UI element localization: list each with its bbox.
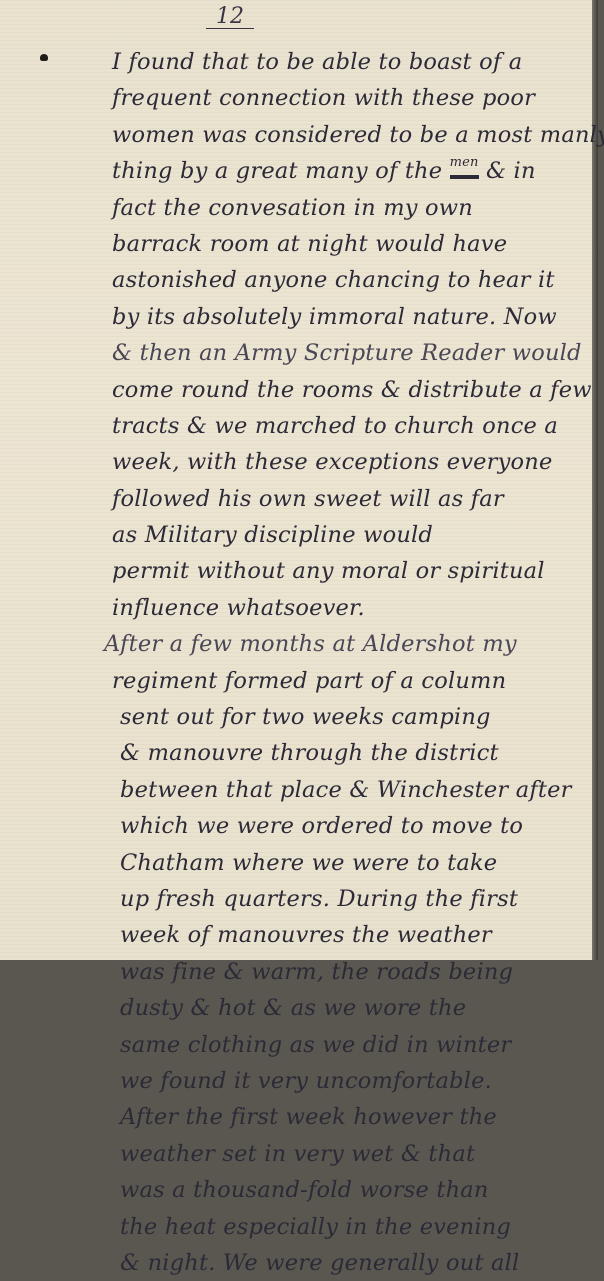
text-line: week, with these exceptions everyone: [112, 444, 578, 480]
text-line: which we were ordered to move to: [120, 808, 578, 844]
text-line: barrack room at night would have: [112, 226, 578, 262]
text-line: & then an Army Scripture Reader would: [112, 335, 578, 371]
text-fragment: thing by a great many of the: [112, 158, 450, 184]
text-line: tracts & we marched to church once a: [112, 408, 578, 444]
text-line: was fine & warm, the roads being: [120, 954, 578, 960]
handwritten-body: I found that to be able to boast of a fr…: [108, 44, 578, 960]
text-line: permit without any moral or spiritual: [112, 553, 578, 589]
text-fragment: & in: [479, 158, 536, 184]
ink-blot-mark: [40, 54, 48, 61]
struck-word: men: [450, 153, 479, 193]
text-line: frequent connection with these poor: [112, 80, 578, 116]
text-line: up fresh quarters. During the first: [120, 881, 578, 917]
text-line: I found that to be able to boast of a: [112, 44, 578, 80]
text-line: week of manouvres the weather: [120, 917, 578, 953]
page-number: 12: [0, 4, 460, 29]
text-line: between that place & Winchester after: [120, 772, 578, 808]
text-line: After a few months at Aldershot my: [104, 626, 578, 662]
text-line: astonished anyone chancing to hear it: [112, 262, 578, 298]
text-line: as Military discipline would: [112, 517, 578, 553]
text-line: fact the convesation in my own: [112, 190, 578, 226]
text-line: Chatham where we were to take: [120, 845, 578, 881]
inserted-word: men: [450, 155, 479, 170]
text-line: come round the rooms & distribute a few: [112, 372, 578, 408]
text-line: regiment formed part of a column: [112, 663, 578, 699]
text-line: sent out for two weeks camping: [120, 699, 578, 735]
page-number-text: 12: [206, 6, 254, 29]
text-line: influence whatsoever.: [112, 590, 578, 626]
manuscript-page: 12 I found that to be able to boast of a…: [0, 0, 598, 960]
text-line: & manouvre through the district: [120, 735, 578, 771]
text-line-with-correction: thing by a great many of the men & in: [112, 153, 578, 189]
text-line: women was considered to be a most manly: [112, 117, 578, 153]
text-line: followed his own sweet will as far: [112, 481, 578, 517]
text-line: by its absolutely immoral nature. Now: [112, 299, 578, 335]
